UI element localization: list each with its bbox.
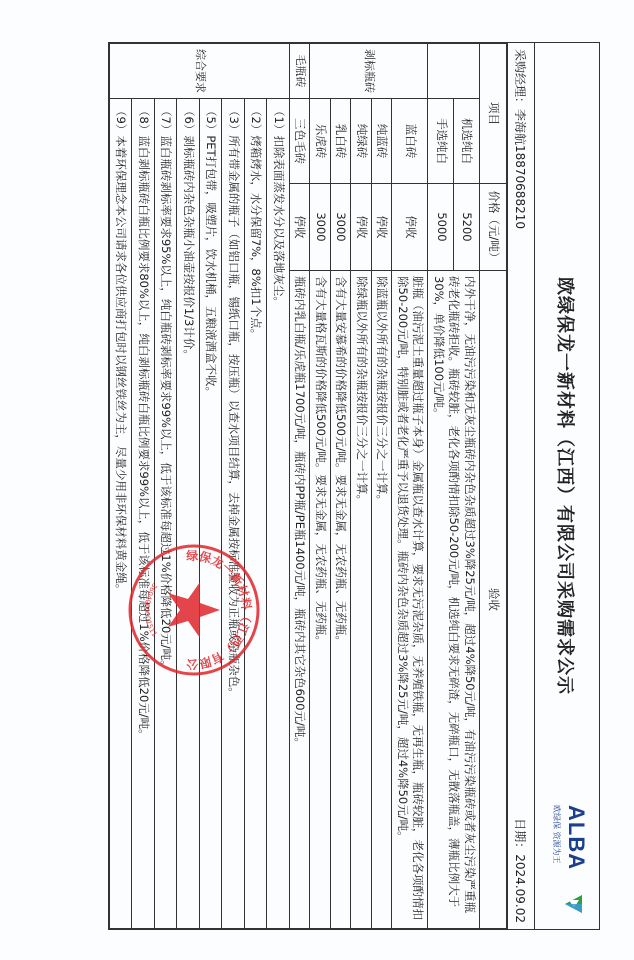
general-requirement-row: （5）PET打包带，吸塑片，饮水机桶，五粮液酒盒不收。	[199, 44, 222, 929]
requirements-table: 项目 价格（元/吨） 验收 机选纯白 5200 内外干净，无油污污染和无灰尘瓶砖…	[109, 43, 507, 929]
acceptance-cell: 脏瓶（油污泥土重量超过瓶子本身）金属瓶以查水计算，要求无污泥杂质，无养殖铁瓶，无…	[392, 271, 428, 929]
general-requirement: （9）本着环保理念本公司请求各位供应商打包时以钢丝铁丝为主，尽量少用非环保材料黄…	[109, 99, 132, 929]
document-title: 欧绿保龙一新材料（江西）有限公司采购需求公示	[553, 43, 579, 929]
table-row: 毛瓶砖 三色毛砖 停收 瓶砖内乳白瓶/乐虎瓶1700元/吨，瓶砖内PP瓶/PE瓶…	[289, 44, 310, 929]
acceptance-cell: 除蓝瓶以外所有的杂瓶按报价三分之一计算。	[371, 271, 392, 929]
item-cell: 纯蓝砖	[371, 99, 392, 184]
general-requirement-row: （7）蓝白瓶砖剥标率要求95%以上，纯白瓶砖剥标率要求99%以上，低于该标准每超…	[154, 44, 177, 929]
general-requirement: （8）蓝白剥标瓶砖白瓶比例要求80%以上，纯白剥标瓶砖白瓶比例要求99%以上，低…	[132, 99, 155, 929]
procurement-notice: 欧绿保龙一新材料（江西）有限公司采购需求公示 ALBA 欧绿保 资源为王 采购经…	[108, 42, 600, 930]
price-cell: 停收	[289, 184, 310, 271]
item-cell: 纯绿砖	[351, 99, 372, 184]
general-requirement: （5）PET打包带，吸塑片，饮水机桶，五粮液酒盒不收。	[199, 99, 222, 929]
item-cell: 三色毛砖	[289, 99, 310, 184]
purchasing-manager: 采购经理：李海航18870688210	[513, 49, 530, 229]
price-cell: 停收	[371, 184, 392, 271]
header-price: 价格（元/吨）	[480, 184, 507, 271]
price-cell: 5000	[428, 184, 454, 271]
general-requirement: （6）剥标瓶砖内杂色杂瓶小油壶按报价1/3计价。	[177, 99, 200, 929]
acceptance-cell: 含有大量安慕希的价格降低500元/吨。要求无金属，无农药瓶、无药瓶。	[330, 271, 351, 929]
acceptance-cell: 除绿瓶以外所有的杂瓶按报价三分之一计算。	[351, 271, 372, 929]
table-header-row: 项目 价格（元/吨） 验收	[480, 44, 507, 929]
general-requirement-row: 综合要求 （1）扣除表面蒸发水分以及落地灰尘。	[267, 44, 290, 929]
price-cell: 停收	[392, 184, 428, 271]
category-cell: 毛瓶砖	[289, 44, 310, 99]
general-requirement: （7）蓝白瓶砖剥标率要求95%以上，纯白瓶砖剥标率要求99%以上，低于该标准每超…	[154, 99, 177, 929]
table-row: 剥标瓶砖 蓝白砖 停收 脏瓶（油污泥土重量超过瓶子本身）金属瓶以查水计算，要求无…	[392, 44, 428, 929]
table-row: 乳白砖 3000 含有大量安慕希的价格降低500元/吨。要求无金属，无农药瓶、无…	[330, 44, 351, 929]
rotated-document-page: 欧绿保龙一新材料（江西）有限公司采购需求公示 ALBA 欧绿保 资源为王 采购经…	[0, 0, 634, 960]
general-requirement: （2）烤箱烤水，水分保留7%，8%扣1个点。	[244, 99, 267, 929]
table-row: 纯蓝砖 停收 除蓝瓶以外所有的杂瓶按报价三分之一计算。	[371, 44, 392, 929]
price-cell: 3000	[310, 184, 331, 271]
general-requirement-row: （2）烤箱烤水，水分保留7%，8%扣1个点。	[244, 44, 267, 929]
item-cell: 蓝白砖	[392, 99, 428, 184]
item-cell: 乳白砖	[330, 99, 351, 184]
header: 欧绿保龙一新材料（江西）有限公司采购需求公示 ALBA 欧绿保 资源为王	[534, 43, 599, 929]
category-cell: 剥标瓶砖	[310, 44, 428, 99]
notice-date: 日期：2024.09.02	[513, 818, 530, 923]
price-cell: 3000	[330, 184, 351, 271]
acceptance-cell: 瓶砖内乳白瓶/乐虎瓶1700元/吨，瓶砖内PP瓶/PE瓶1400元/吨，瓶砖内其…	[289, 271, 310, 929]
table-row: 机选纯白 5200 内外干净，无油污污染和无灰尘瓶砖内杂色杂质超过3%降25元/…	[454, 44, 480, 929]
general-requirement-row: （3）所有带金属的瓶子（如铝口瓶，锡纸口瓶，按压瓶）以查水项目结算，去掉金属按标…	[222, 44, 245, 929]
general-requirement-row: （8）蓝白剥标瓶砖白瓶比例要求80%以上，纯白剥标瓶砖白瓶比例要求99%以上，低…	[132, 44, 155, 929]
table-row: 纯绿砖 停收 除绿瓶以外所有的杂瓶按报价三分之一计算。	[351, 44, 372, 929]
header-item: 项目	[480, 44, 507, 184]
category-cell: 综合要求	[109, 44, 289, 99]
general-requirement-row: （6）剥标瓶砖内杂色杂瓶小油壶按报价1/3计价。	[177, 44, 200, 929]
general-requirement-row: （9）本着环保理念本公司请求各位供应商打包时以钢丝铁丝为主，尽量少用非环保材料黄…	[109, 44, 132, 929]
acceptance-cell: 含有大量格瓦斯的价格降低500元/吨。要求无金属，无农药瓶、无药瓶。	[310, 271, 331, 929]
price-cell: 停收	[351, 184, 372, 271]
alba-triangle-icon	[563, 893, 585, 915]
item-cell: 乐虎砖	[310, 99, 331, 184]
alba-logo: ALBA 欧绿保 资源为王	[545, 805, 589, 915]
table-row: 乐虎砖 3000 含有大量格瓦斯的价格降低500元/吨。要求无金属，无农药瓶、无…	[310, 44, 331, 929]
price-cell: 5200	[454, 184, 480, 271]
logo-tagline: 欧绿保 资源为王	[551, 805, 562, 915]
acceptance-cell: 内外干净，无油污污染和无灰尘瓶砖内杂色杂质超过3%降25元/吨，超过4%降50元…	[428, 271, 480, 929]
general-requirement: （1）扣除表面蒸发水分以及落地灰尘。	[267, 99, 290, 929]
item-cell: 手选纯白	[428, 99, 454, 184]
header-acceptance: 验收	[480, 271, 507, 929]
category-cell	[428, 44, 480, 99]
info-row: 采购经理：李海航18870688210 日期：2024.09.02	[507, 43, 534, 929]
item-cell: 机选纯白	[454, 99, 480, 184]
general-requirement: （3）所有带金属的瓶子（如铝口瓶，锡纸口瓶，按压瓶）以查水项目结算，去掉金属按标…	[222, 99, 245, 929]
